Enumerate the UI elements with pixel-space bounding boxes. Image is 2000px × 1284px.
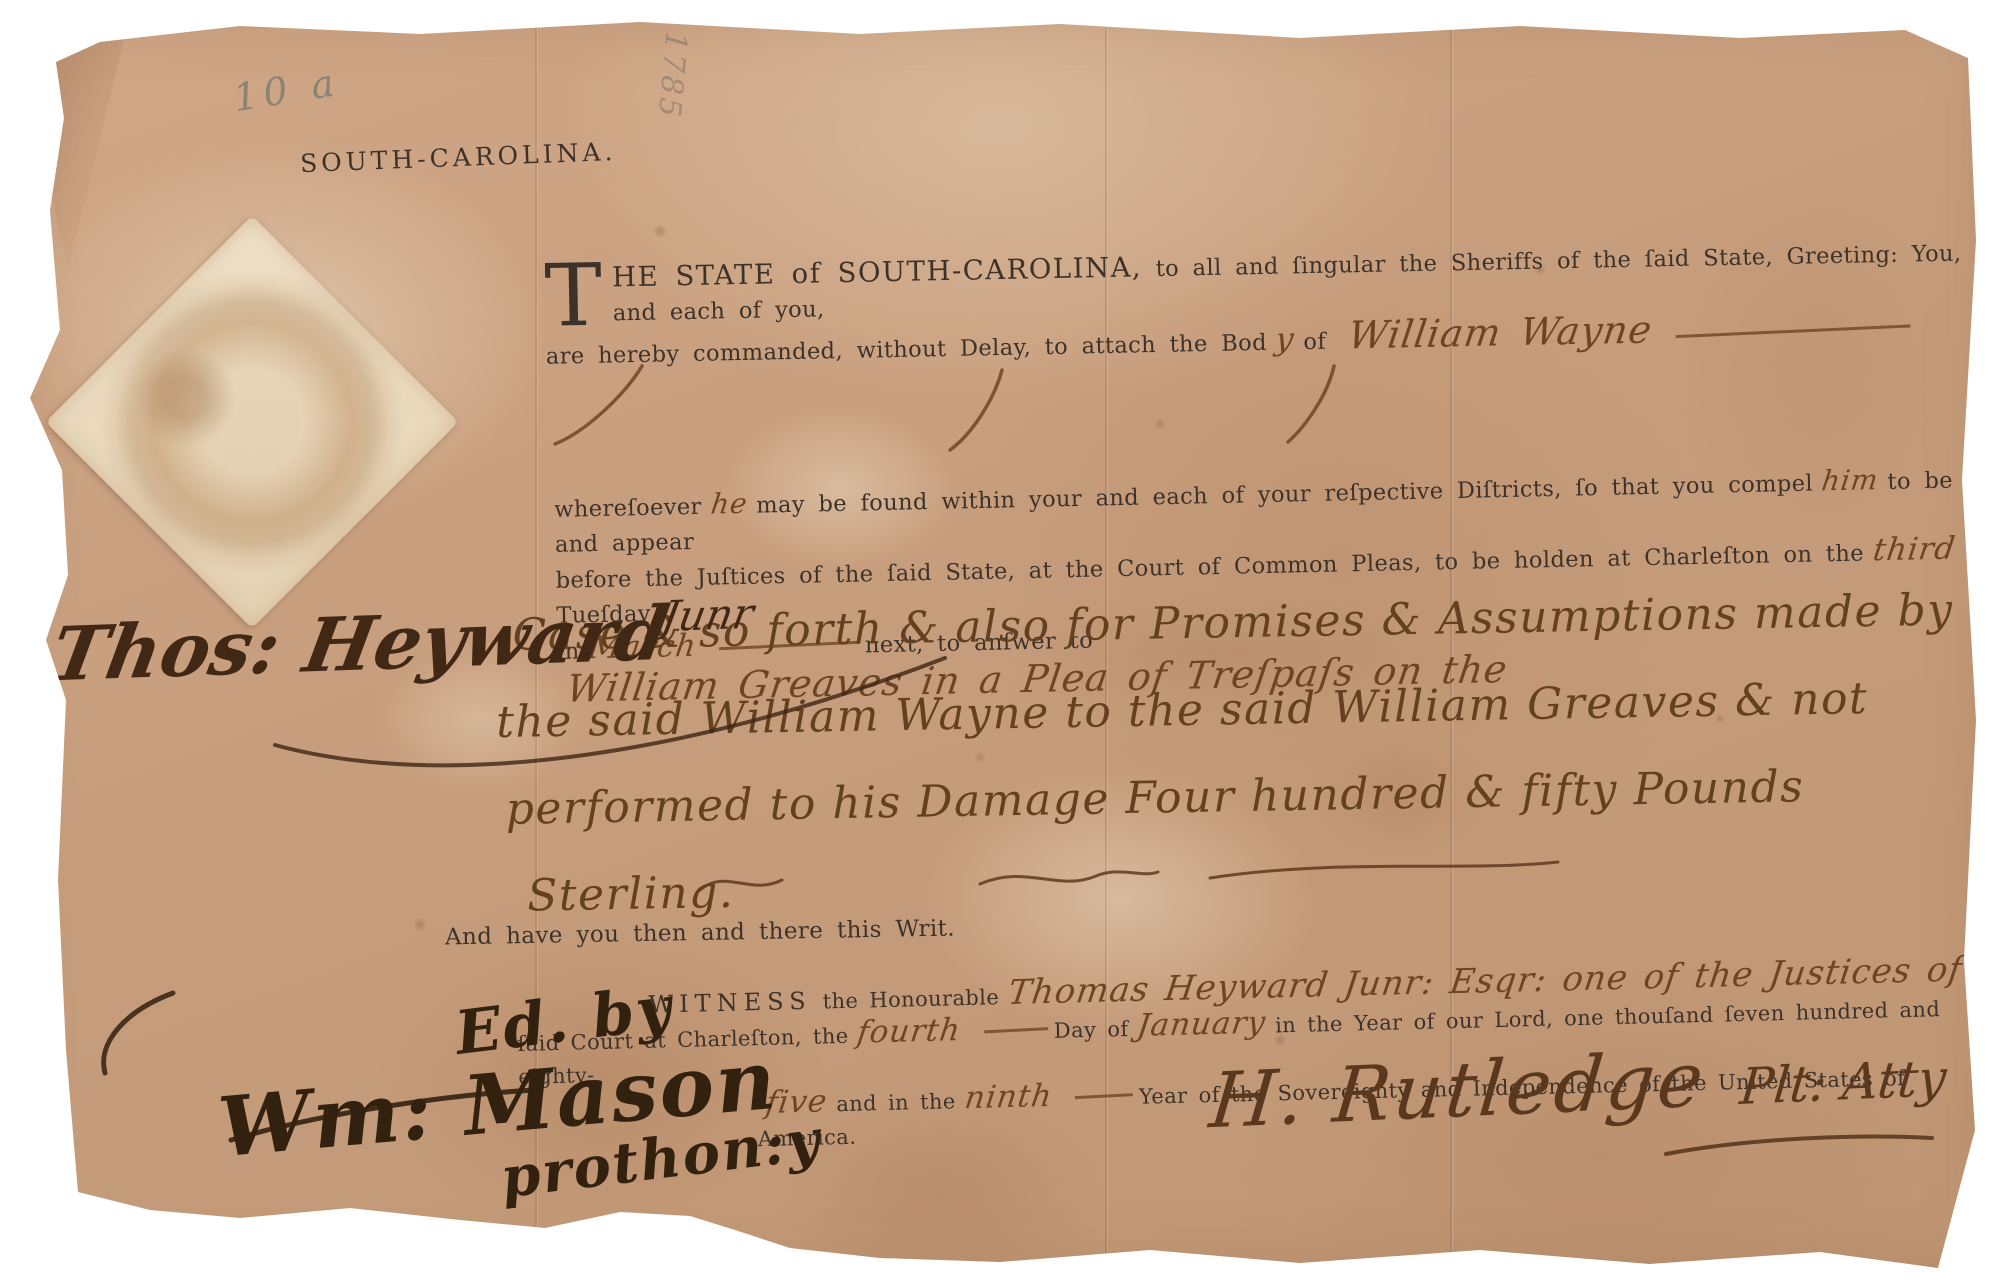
handwritten-day: fourth xyxy=(855,1015,962,1049)
handwritten-him: him xyxy=(1820,466,1880,495)
handwritten-ninth: ninth xyxy=(963,1081,1054,1114)
body-text: whereſoever xyxy=(554,494,702,523)
opening-line-2-text: are hereby commanded, without Delay, to … xyxy=(546,330,1267,370)
document-paper: 10 a 1785 SOUTH-CAROLINA. T HE STATE of … xyxy=(0,0,2000,1284)
attorney-title: Plt: Atty xyxy=(1737,1049,1949,1116)
pen-dash xyxy=(984,1027,1048,1033)
pen-dash xyxy=(1675,324,1910,338)
pencil-number-annotation: 10 a xyxy=(230,60,343,120)
handwritten-defendant-name: William Wayne xyxy=(1346,310,1655,354)
witness-text: the Honourable xyxy=(822,985,999,1013)
handwritten-third: third xyxy=(1871,534,1957,567)
seal-stain-ring xyxy=(102,272,402,572)
witness-text: and in the xyxy=(836,1089,956,1116)
handwritten-he: he xyxy=(709,490,749,519)
pencil-year-annotation: 1785 xyxy=(651,30,694,121)
state-title: HE STATE of SOUTH-CAROLINA, xyxy=(612,251,1143,293)
stray-ink-stroke xyxy=(85,985,185,1080)
word-of: of xyxy=(1303,329,1326,355)
witness-text: Day of xyxy=(1054,1017,1129,1043)
opening-paragraph: T HE STATE of SOUTH-CAROLINA, to all and… xyxy=(544,234,1976,373)
attorney-underline-flourish xyxy=(1660,1128,1940,1164)
state-caption: SOUTH-CAROLINA. xyxy=(300,137,617,178)
body-text: may be found within your and each of you… xyxy=(756,471,1813,519)
handwritten-month: January xyxy=(1135,1008,1268,1042)
pen-dash xyxy=(1075,1093,1133,1099)
seal-wafer xyxy=(45,212,459,632)
ink-flourish-strokes xyxy=(540,360,1360,460)
heyward-signature-suffix: Junr xyxy=(658,589,758,642)
dropcap-T: T xyxy=(544,265,603,328)
handwritten-letter-y: y xyxy=(1274,324,1297,355)
